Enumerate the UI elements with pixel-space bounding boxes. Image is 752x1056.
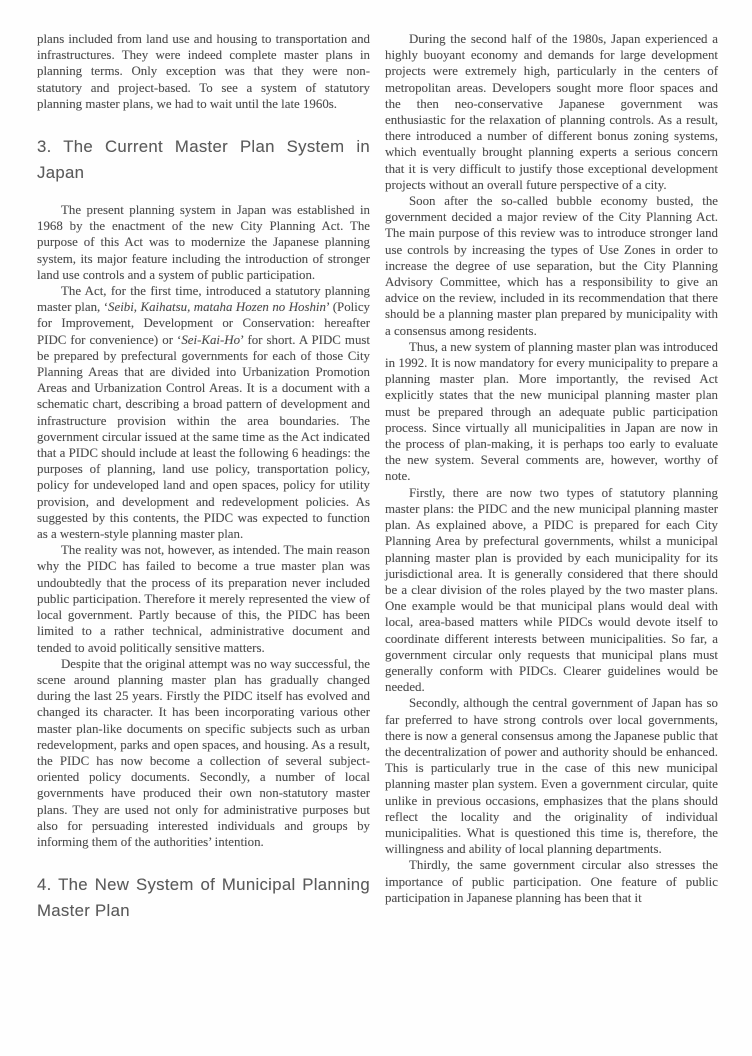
paragraph: Firstly, there are now two types of stat… xyxy=(385,485,718,696)
paragraph: Thus, a new system of planning master pl… xyxy=(385,339,718,485)
italic-text-run: Seibi, Kaihatsu, mataha Hozen no Hoshin xyxy=(108,300,326,314)
text-run: The present planning system in Japan was… xyxy=(37,203,370,282)
paragraph: During the second half of the 1980s, Jap… xyxy=(385,31,718,193)
paragraph: Thirdly, the same government circular al… xyxy=(385,857,718,906)
italic-text-run: Sei-Kai-Ho xyxy=(181,333,240,347)
paragraph: Secondly, although the central governmen… xyxy=(385,695,718,857)
text-run: ’ for short. A PIDC must be prepared by … xyxy=(37,333,370,541)
text-run: Firstly, there are now two types of stat… xyxy=(385,486,718,694)
section-heading: 4. The New System of Municipal Planning … xyxy=(37,872,370,924)
paragraph: plans included from land use and housing… xyxy=(37,31,370,112)
paragraph: The Act, for the first time, introduced … xyxy=(37,283,370,542)
section-heading: 3. The Current Master Plan System in Jap… xyxy=(37,134,370,186)
right-column: During the second half of the 1980s, Jap… xyxy=(385,31,718,906)
text-run: During the second half of the 1980s, Jap… xyxy=(385,32,718,192)
paragraph: The present planning system in Japan was… xyxy=(37,202,370,283)
text-run: Secondly, although the central governmen… xyxy=(385,696,718,856)
text-run: The reality was not, however, as intende… xyxy=(37,543,370,654)
text-run: plans included from land use and housing… xyxy=(37,32,370,111)
text-run: Soon after the so-called bubble economy … xyxy=(385,194,718,338)
text-run: Thirdly, the same government circular al… xyxy=(385,858,718,904)
text-run: Despite that the original attempt was no… xyxy=(37,657,370,849)
document-page: plans included from land use and housing… xyxy=(0,0,752,1056)
text-run: Thus, a new system of planning master pl… xyxy=(385,340,718,484)
left-column: plans included from land use and housing… xyxy=(37,31,370,924)
paragraph: The reality was not, however, as intende… xyxy=(37,542,370,655)
paragraph: Despite that the original attempt was no… xyxy=(37,656,370,850)
paragraph: Soon after the so-called bubble economy … xyxy=(385,193,718,339)
